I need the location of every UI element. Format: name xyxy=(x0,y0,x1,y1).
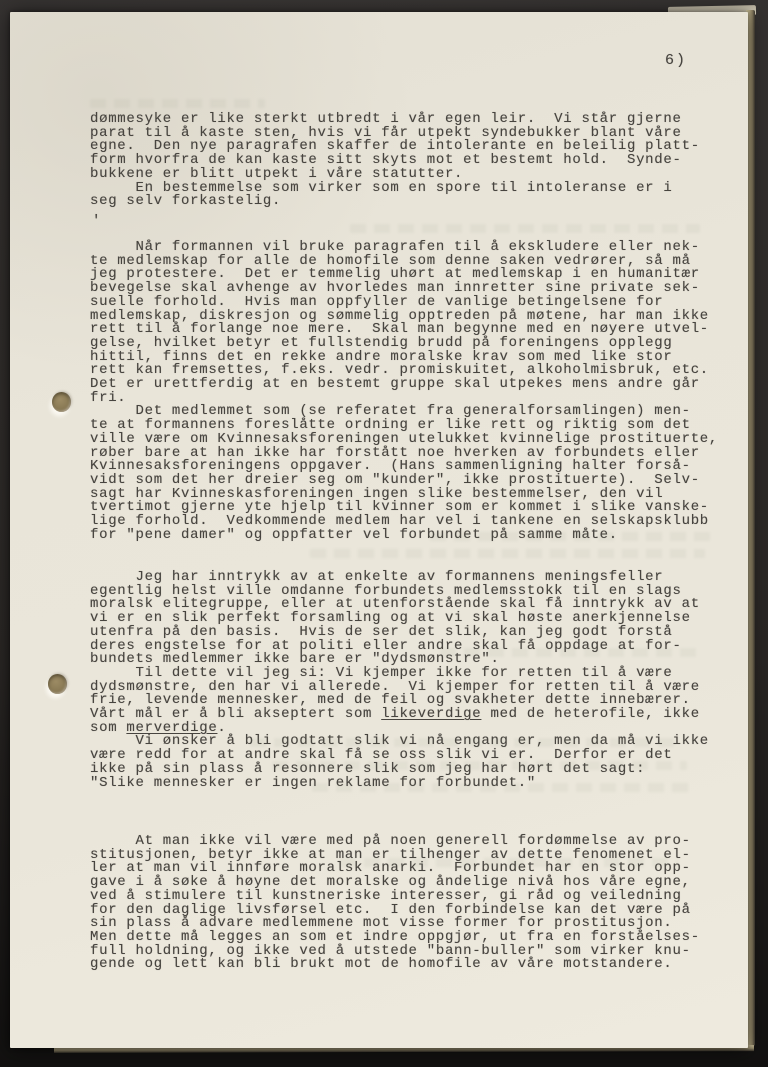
bleed-through-smudge xyxy=(350,224,700,233)
typed-paragraph-4: At man ikke vil være med på noen generel… xyxy=(90,835,700,972)
typed-paragraph-1: dømmesyke er like sterkt utbredt i vår e… xyxy=(90,113,700,209)
stray-typewriter-mark: ' xyxy=(92,215,101,229)
typed-paragraph-2: Når formannen vil bruke paragrafen til å… xyxy=(90,241,718,542)
bleed-through-smudge xyxy=(430,532,710,541)
bleed-through-smudge xyxy=(440,648,702,657)
page-number: 6) xyxy=(665,52,687,69)
bleed-through-smudge xyxy=(90,99,265,108)
punch-hole-top xyxy=(52,392,71,412)
bleed-through-smudge xyxy=(312,783,690,792)
bleed-through-smudge xyxy=(340,858,678,867)
typed-paragraph-3: Jeg har inntrykk av at enkelte av forman… xyxy=(90,571,709,790)
photo-background: 6) dømmesyke er like sterkt utbredt i vå… xyxy=(0,0,768,1067)
document-page: 6) dømmesyke er like sterkt utbredt i vå… xyxy=(10,12,748,1048)
punch-hole-bottom xyxy=(48,674,67,694)
bleed-through-smudge xyxy=(250,738,680,747)
bleed-through-smudge xyxy=(310,549,705,558)
bleed-through-smudge xyxy=(272,761,687,770)
